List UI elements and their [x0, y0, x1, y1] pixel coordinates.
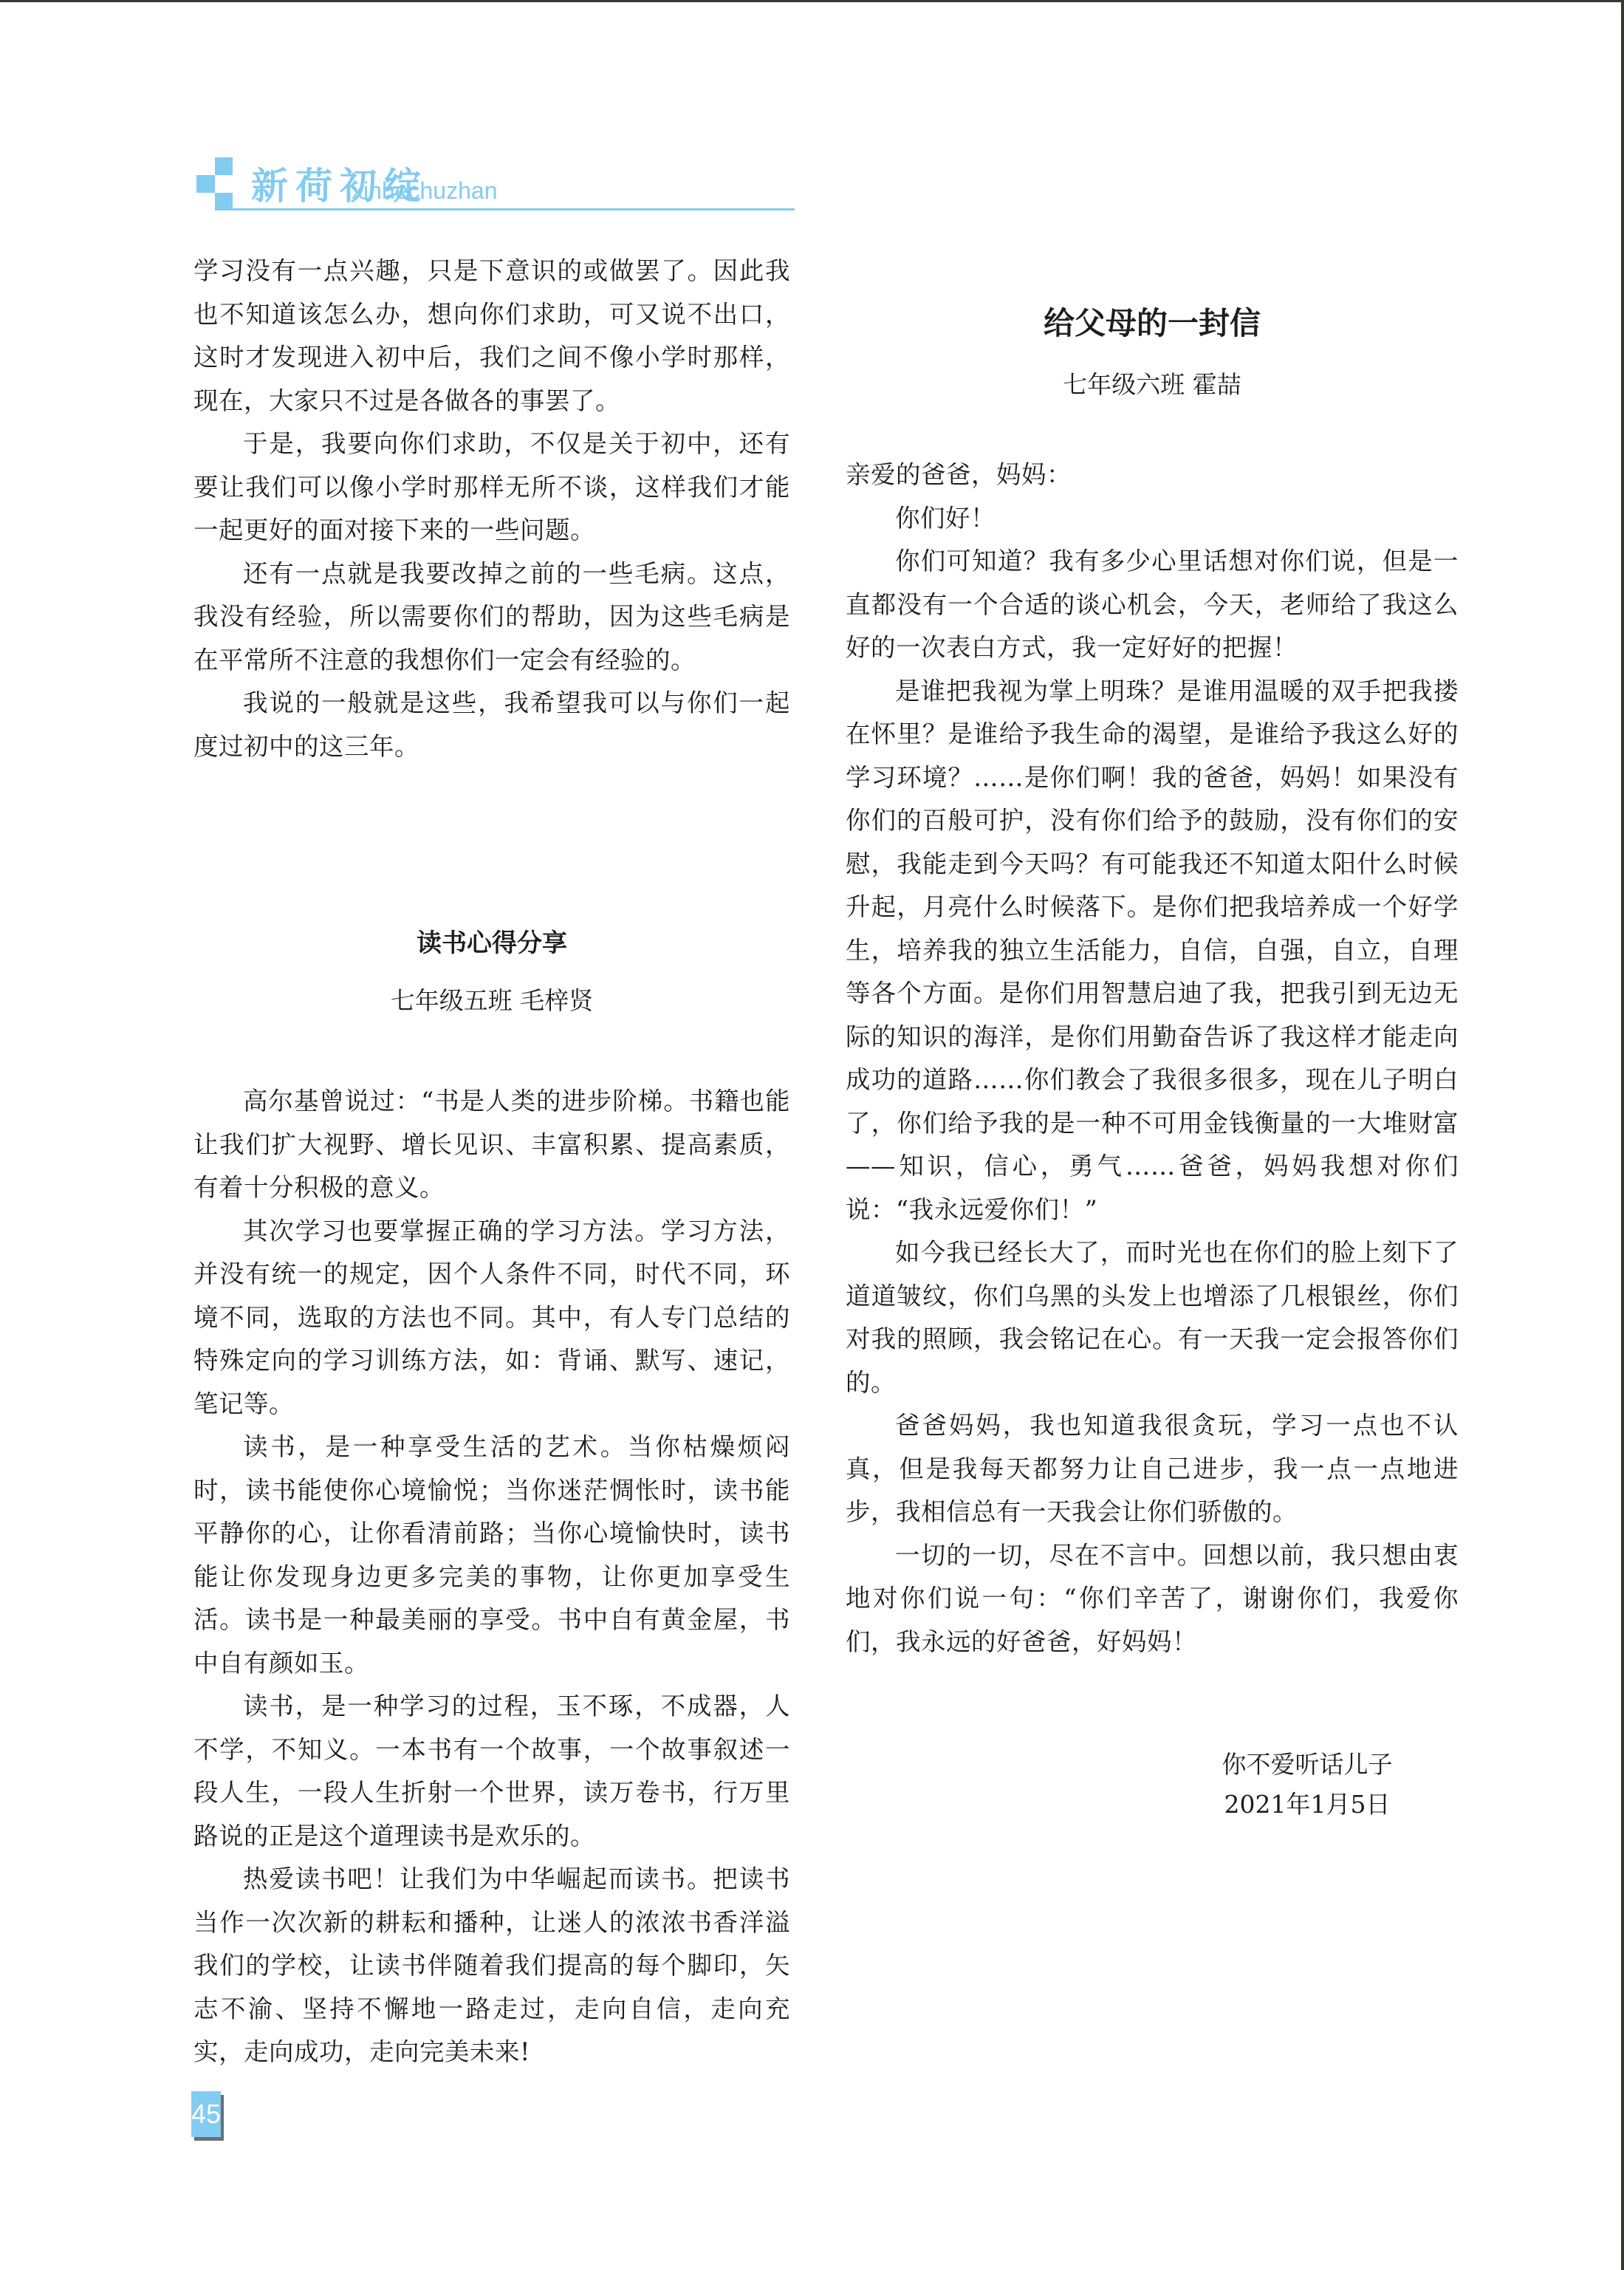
letter-salutation: 亲爱的爸爸，妈妈：	[846, 454, 1459, 497]
paragraph: 热爱读书吧！让我们为中华崛起而读书。把读书当作一次次新的耕耘和播种，让迷人的浓浓…	[193, 1858, 790, 2074]
logo-square-middle	[196, 175, 215, 193]
paragraph: 读书，是一种享受生活的艺术。当你枯燥烦闷时，读书能使你心境愉悦；当你迷茫惆怅时，…	[193, 1426, 790, 1685]
letter-body: 亲爱的爸爸，妈妈： 你们好！ 你们可知道？我有多少心里话想对你们说，但是一直都没…	[846, 454, 1459, 1664]
page-border-right	[1621, 0, 1624, 2270]
page-border-top	[0, 0, 1624, 2]
letter-signature: 你不爱听话儿子	[1196, 1745, 1418, 1785]
paragraph: 高尔基曾说过：“书是人类的进步阶梯。书籍也能让我们扩大视野、增长见识、丰富积累、…	[193, 1080, 790, 1210]
paragraph: 一切的一切，尽在不言中。回想以前，我只想由衷地对你们说一句：“你们辛苦了，谢谢你…	[846, 1534, 1459, 1664]
paragraph: 如今我已经长大了，而时光也在你们的脸上刻下了道道皱纹，你们乌黑的头发上也增添了几…	[846, 1231, 1459, 1404]
page-number: 45	[191, 2091, 221, 2137]
paragraph: 于是，我要向你们求助，不仅是关于初中，还有要让我们可以像小学时那样无所不谈，这样…	[193, 423, 790, 553]
paragraph: 你们可知道？我有多少心里话想对你们说，但是一直都没有一个合适的谈心机会，今天，老…	[846, 540, 1459, 670]
paragraph: 是谁把我视为掌上明珠？是谁用温暖的双手把我搂在怀里？是谁给予我生命的渴望，是谁给…	[846, 670, 1459, 1232]
paragraph: 爸爸妈妈，我也知道我很贪玩，学习一点也不认真，但是我每天都努力让自己进步，我一点…	[846, 1404, 1459, 1534]
logo-square-top	[215, 157, 233, 175]
continued-article-text: 学习没有一点兴趣，只是下意识的或做罢了。因此我也不知道该怎么办，想向你们求助，可…	[193, 250, 790, 768]
paragraph: 学习没有一点兴趣，只是下意识的或做罢了。因此我也不知道该怎么办，想向你们求助，可…	[193, 250, 790, 423]
reading-article-body: 高尔基曾说过：“书是人类的进步阶梯。书籍也能让我们扩大视野、增长见识、丰富积累、…	[193, 1080, 790, 2074]
paragraph: 还有一点就是我要改掉之前的一些毛病。这点，我没有经验，所以需要你们的帮助，因为这…	[193, 553, 790, 683]
paragraph: 其次学习也要掌握正确的学习方法。学习方法，并没有统一的规定，因个人条件不同，时代…	[193, 1210, 790, 1426]
article-title-letter: 给父母的一封信	[846, 301, 1459, 346]
article-author-letter: 七年级六班 霍喆	[846, 366, 1459, 403]
letter-greeting: 你们好！	[846, 497, 1459, 541]
paragraph: 我说的一般就是这些，我希望我可以与你们一起度过初中的这三年。	[193, 682, 790, 768]
section-subtitle: xinhechuzhan	[352, 176, 497, 205]
paragraph: 读书，是一种学习的过程，玉不琢，不成器，人不学，不知义。一本书有一个故事，一个故…	[193, 1685, 790, 1858]
header-divider	[219, 208, 795, 211]
article-author-reading: 七年级五班 毛梓贤	[193, 982, 790, 1019]
article-title-reading: 读书心得分享	[193, 925, 790, 962]
letter-date: 2021年1月5日	[1196, 1785, 1418, 1825]
